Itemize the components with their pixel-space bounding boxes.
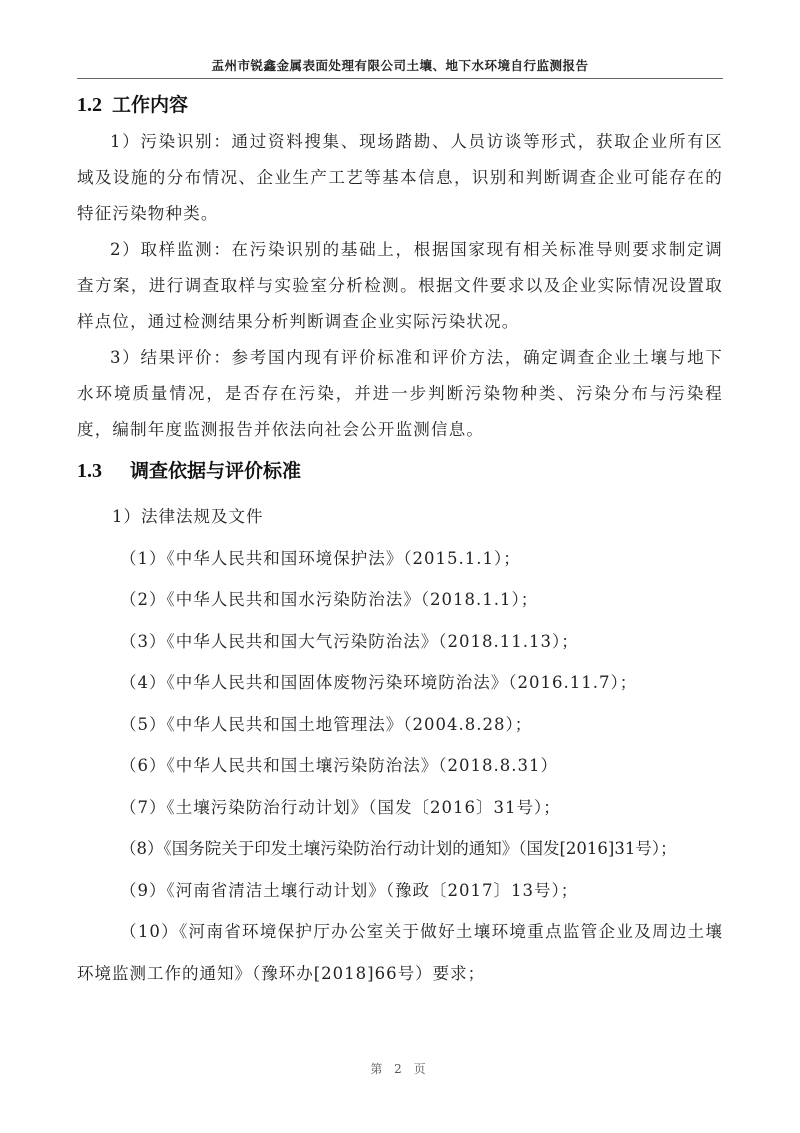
list-item: （3）《中华人民共和国大气污染防治法》（2018.11.13）； (77, 621, 723, 663)
section-number: 1.2 (77, 94, 102, 116)
section-heading-1-2: 1.2工作内容 (77, 86, 723, 124)
list-item: （9）《河南省清洁土壤行动计划》（豫政〔2017〕13号）； (77, 870, 723, 912)
list-item: （6）《中华人民共和国土壤污染防治法》（2018.8.31） (77, 745, 723, 787)
list-item: （1）《中华人民共和国环境保护法》（2015.1.1）； (77, 538, 723, 580)
section-title: 调查依据与评价标准 (130, 460, 301, 482)
section-heading-1-3: 1.3调查依据与评价标准 (77, 452, 723, 490)
list-item: （5）《中华人民共和国土地管理法》（2004.8.28）； (77, 704, 723, 746)
paragraph-result-evaluation: 3）结果评价：参考国内现有评价标准和评价方法，确定调查企业土壤与地下水环境质量情… (77, 340, 723, 448)
paragraph-sampling-monitoring: 2）取样监测：在污染识别的基础上，根据国家现有相关标准导则要求制定调查方案，进行… (77, 232, 723, 340)
list-item: （10）《河南省环境保护厅办公室关于做好土壤环境重点监管企业及周边土壤环境监测工… (77, 911, 723, 995)
page-number: 第 2 页 (0, 1060, 800, 1077)
running-header: 盂州市锐鑫金属表面处理有限公司土壤、地下水环境自行监测报告 (77, 56, 723, 78)
list-item: （8）《国务院关于印发土壤污染防治行动计划的通知》（国发[2016]31号）； (77, 828, 723, 870)
paragraph-pollution-identification: 1）污染识别：通过资料搜集、现场踏勘、人员访谈等形式，获取企业所有区域及设施的分… (77, 124, 723, 232)
page-content: 1.2工作内容 1）污染识别：通过资料搜集、现场踏勘、人员访谈等形式，获取企业所… (77, 86, 723, 995)
header-rule (77, 78, 723, 79)
list-item: （2）《中华人民共和国水污染防治法》（2018.1.1）； (77, 579, 723, 621)
subheading-laws: 1）法律法规及文件 (77, 496, 723, 538)
list-item: （7）《土壤污染防治行动计划》（国发〔2016〕31号）； (77, 787, 723, 829)
section-number: 1.3 (77, 460, 102, 482)
section-title: 工作内容 (112, 94, 188, 116)
list-item: （4）《中华人民共和国固体废物污染环境防治法》（2016.11.7）； (77, 662, 723, 704)
